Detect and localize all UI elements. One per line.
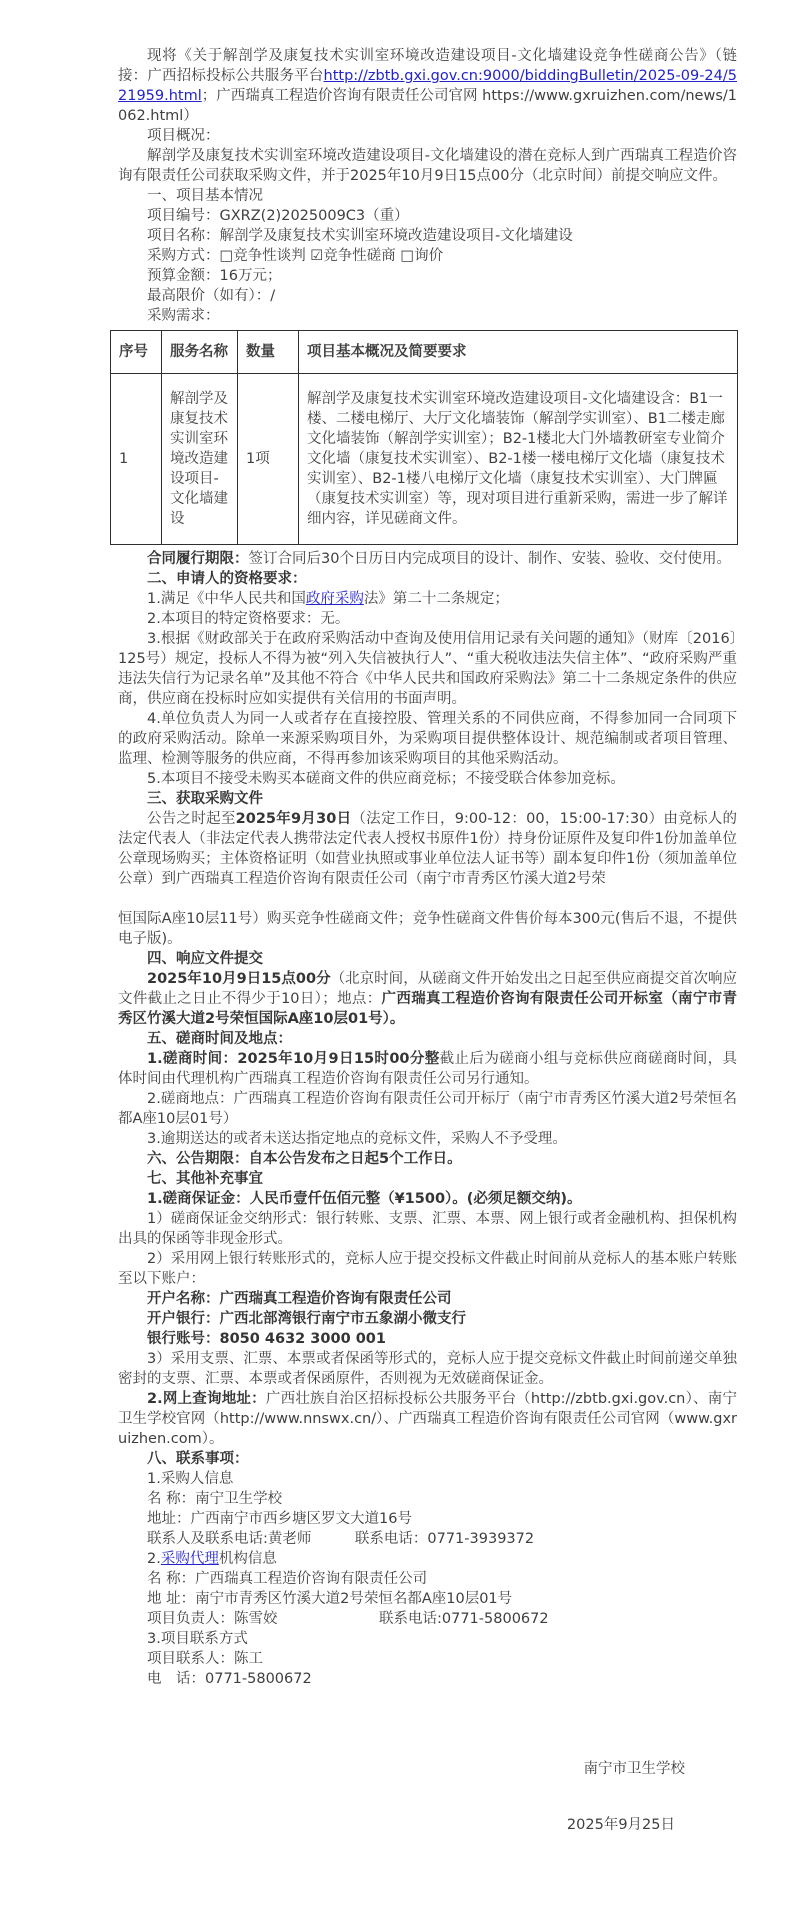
project-contact-person-text: 项目联系人：陈工	[147, 1651, 263, 1667]
section1-heading: 一、项目基本情况	[118, 186, 737, 206]
account-name: 开户名称：广西瑞真工程造价咨询有限责任公司	[118, 1289, 737, 1309]
table-header-row: 序号服务名称数量项目基本概况及简要要求	[111, 331, 738, 374]
section4-heading: 四、响应文件提交	[118, 949, 737, 969]
deposit-form-2-text: 2）采用网上银行转账形式的，竞标人应于提交投标文件截止时间前从竞标人的基本账户转…	[118, 1251, 737, 1287]
purchaser-info-label-text: 1.采购人信息	[147, 1471, 233, 1487]
qualification-1-text: 1.满足《中华人民共和国	[147, 591, 306, 607]
table-header-2: 数量	[238, 331, 299, 374]
contract-period: 合同履行期限：签订合同后30个日历日内完成项目的设计、制作、安装、验收、交付使用…	[118, 549, 737, 569]
deposit-form-3-text: 3）采用支票、汇票、本票或者保函等形式的，竞标人应于提交竞标文件截止时间前递交单…	[118, 1351, 737, 1387]
qualification-3-text: 3.根据《财政部关于在政府采购活动中查询及使用信用记录有关问题的通知》（财库〔2…	[118, 631, 737, 707]
max-price: 最高限价（如有）：/	[118, 286, 737, 306]
account-bank: 开户银行：广西北部湾银行南宁市五象湖小微支行	[118, 1309, 737, 1329]
project-name-text: 项目名称：解剖学及康复技术实训室环境改造建设项目-文化墙建设	[147, 228, 573, 244]
consultation-place: 2.磋商地点：广西瑞真工程造价咨询有限责任公司开标厅（南宁市青秀区竹溪大道2号荣…	[118, 1089, 737, 1129]
agency-info-label-text: 机构信息	[219, 1551, 277, 1567]
qualification-5: 5.本项目不接受未购买本磋商文件的供应商竞标；不接受联合体参加竞标。	[118, 769, 737, 789]
section2-heading: 二、申请人的资格要求：	[118, 569, 737, 589]
account-number-emphasis: 银行账号：8050 4632 3000 001	[147, 1331, 386, 1347]
deposit-form-2: 2）采用网上银行转账形式的，竞标人应于提交投标文件截止时间前从竞标人的基本账户转…	[118, 1249, 737, 1289]
agency-info-label: 2.采购代理机构信息	[118, 1549, 737, 1569]
agency-manager-text: 项目负责人：陈雪姣 联系电话:0771-5800672	[147, 1611, 549, 1627]
consultation-time-emphasis: 2025年10月9日15时00分整	[237, 1051, 439, 1067]
section6-heading: 六、公告期限：自本公告发布之日起5个工作日。	[118, 1149, 737, 1169]
qualification-1-text: 法》第二十二条规定；	[364, 591, 509, 607]
project-contact-label: 3.项目联系方式	[118, 1629, 737, 1649]
project-overview-text-text: 解剖学及康复技术实训室环境改造建设项目-文化墙建设的潜在竞标人到广西瑞真工程造价…	[118, 148, 737, 184]
procurement-announcement-document: 现将《关于解剖学及康复技术实训室环境改造建设项目-文化墙建设竞争性磋商公告》（链…	[0, 0, 794, 1919]
max-price-text: 最高限价（如有）：/	[147, 288, 275, 304]
table-header-3: 项目基本概况及简要要求	[299, 331, 738, 374]
project-overview-label: 项目概况：	[118, 126, 737, 146]
cell-serial: 1	[111, 374, 162, 545]
consultation-time: 1.磋商时间：2025年10月9日15时00分整截止后为磋商小组与竞标供应商磋商…	[118, 1049, 737, 1089]
section7-heading: 七、其他补充事宜	[118, 1169, 737, 1189]
section1-heading-text: 一、项目基本情况	[147, 188, 263, 204]
agency-manager: 项目负责人：陈雪姣 联系电话:0771-5800672	[118, 1609, 737, 1629]
purchaser-name: 名 称：南宁卫生学校	[118, 1489, 737, 1509]
deposit-form-1-text: 1）磋商保证金交纳形式：银行转账、支票、汇票、本票、网上银行或者金融机构、担保机…	[118, 1211, 737, 1247]
consultation-place-text: 2.磋商地点：广西瑞真工程造价咨询有限责任公司开标厅（南宁市青秀区竹溪大道2号荣…	[118, 1091, 737, 1127]
procurement-method-text: 采购方式：□竞争性谈判 ☑竞争性磋商 □询价	[147, 248, 443, 264]
account-number: 银行账号：8050 4632 3000 001	[118, 1329, 737, 1349]
project-overview-text: 解剖学及康复技术实训室环境改造建设项目-文化墙建设的潜在竞标人到广西瑞真工程造价…	[118, 146, 737, 186]
section8-heading-emphasis: 八、联系事项：	[147, 1451, 249, 1467]
agency-name: 名 称：广西瑞真工程造价咨询有限责任公司	[118, 1569, 737, 1589]
qualification-4-text: 4.单位负责人为同一人或者存在直接控股、管理关系的不同供应商，不得参加同一合同项…	[118, 711, 737, 767]
signature-date-text: 2025年9月25日	[567, 1817, 675, 1833]
intro-paragraph-text: ；广西瑞真工程造价咨询有限责任公司官网 https://www.gxruizhe…	[118, 88, 737, 124]
qualification-3: 3.根据《财政部关于在政府采购活动中查询及使用信用记录有关问题的通知》（财库〔2…	[118, 629, 737, 709]
online-query-address-emphasis: 2.网上查询地址：	[147, 1391, 266, 1407]
intro-paragraph: 现将《关于解剖学及康复技术实训室环境改造建设项目-文化墙建设竞争性磋商公告》（链…	[118, 46, 737, 126]
purchaser-contact: 联系人及联系电话:黄老师 联系电话：0771-3939372	[118, 1529, 737, 1549]
section2-heading-emphasis: 二、申请人的资格要求：	[147, 571, 307, 587]
doc-acquisition-paragraph: 公告之时起至2025年9月30日（法定工作日，9:00-12：00，15:00-…	[118, 809, 737, 889]
consultation-time-emphasis: 1.磋商时间：	[147, 1051, 237, 1067]
signature-date: 2025年9月25日	[118, 1815, 737, 1835]
budget-amount-text: 预算金额：16万元；	[147, 268, 281, 284]
cell-description: 解剖学及康复技术实训室环境改造建设项目-文化墙建设含：B1一楼、二楼电梯厅、大厅…	[299, 374, 738, 545]
procurement-requirements-table: 序号服务名称数量项目基本概况及简要要求1解剖学及康复技术实训室环境改造建设项目-…	[110, 330, 738, 545]
budget-amount: 预算金额：16万元；	[118, 266, 737, 286]
section5-heading: 五、磋商时间及地点：	[118, 1029, 737, 1049]
qualification-1: 1.满足《中华人民共和国政府采购法》第二十二条规定；	[118, 589, 737, 609]
submission-paragraph-emphasis: 2025年10月9日15点00分	[147, 971, 331, 987]
purchaser-contact-text: 联系人及联系电话:黄老师 联系电话：0771-3939372	[147, 1531, 534, 1547]
qualification-2: 2.本项目的特定资格要求：无。	[118, 609, 737, 629]
deposit-amount-emphasis: 1.磋商保证金：人民币壹仟伍佰元整（¥1500）。(必须足额交纳)。	[147, 1191, 582, 1207]
project-contact-label-text: 3.项目联系方式	[147, 1631, 248, 1647]
project-overview-label-text: 项目概况：	[147, 128, 220, 144]
agency-address: 地 址：南宁市青秀区竹溪大道2号荣恒名都A座10层01号	[118, 1589, 737, 1609]
section3-heading: 三、获取采购文件	[118, 789, 737, 809]
purchaser-name-text: 名 称：南宁卫生学校	[147, 1491, 282, 1507]
blank-line	[118, 889, 737, 909]
deposit-form-1: 1）磋商保证金交纳形式：银行转账、支票、汇票、本票、网上银行或者金融机构、担保机…	[118, 1209, 737, 1249]
project-number: 项目编号：GXRZ(2)2025009C3（重）	[118, 206, 737, 226]
section7-heading-emphasis: 七、其他补充事宜	[147, 1171, 263, 1187]
doc-acquisition-paragraph-text: 公告之时起至	[147, 811, 236, 827]
account-bank-emphasis: 开户银行：广西北部湾银行南宁市五象湖小微支行	[147, 1311, 466, 1327]
requirement-label-text: 采购需求：	[147, 308, 220, 324]
purchaser-info-label: 1.采购人信息	[118, 1469, 737, 1489]
section3-heading-emphasis: 三、获取采购文件	[147, 791, 263, 807]
table-row: 1解剖学及康复技术实训室环境改造建设项目-文化墙建设1项解剖学及康复技术实训室环…	[111, 374, 738, 545]
procurement-method: 采购方式：□竞争性谈判 ☑竞争性磋商 □询价	[118, 246, 737, 266]
deposit-amount: 1.磋商保证金：人民币壹仟伍佰元整（¥1500）。(必须足额交纳)。	[118, 1189, 737, 1209]
contract-period-text: 签订合同后30个日历日内完成项目的设计、制作、安装、验收、交付使用。	[249, 551, 731, 567]
signature-organization: 南宁市卫生学校	[118, 1759, 737, 1779]
project-name: 项目名称：解剖学及康复技术实训室环境改造建设项目-文化墙建设	[118, 226, 737, 246]
cell-service-name: 解剖学及康复技术实训室环境改造建设项目-文化墙建设	[162, 374, 238, 545]
qualification-5-text: 5.本项目不接受未购买本磋商文件的供应商竞标；不接受联合体参加竞标。	[147, 771, 625, 787]
overdue-note: 3.逾期送达的或者未送达指定地点的竞标文件，采购人不予受理。	[118, 1129, 737, 1149]
submission-paragraph: 2025年10月9日15点00分（北京时间，从磋商文件开始发出之日起至供应商提交…	[118, 969, 737, 1029]
project-contact-phone: 电 话：0771-5800672	[118, 1669, 737, 1689]
signature-spacer	[118, 1689, 737, 1759]
doc-acquisition-continued-text: 恒国际A座10层11号）购买竞争性磋商文件；竞争性磋商文件售价每本300元(售后…	[118, 911, 737, 947]
table-header-0: 序号	[111, 331, 162, 374]
overdue-note-text: 3.逾期送达的或者未送达指定地点的竞标文件，采购人不予受理。	[147, 1131, 567, 1147]
qualification-4: 4.单位负责人为同一人或者存在直接控股、管理关系的不同供应商，不得参加同一合同项…	[118, 709, 737, 769]
procurement-agency-link[interactable]: 采购代理	[161, 1551, 219, 1567]
agency-address-text: 地 址：南宁市青秀区竹溪大道2号荣恒名都A座10层01号	[147, 1591, 512, 1607]
purchaser-address-text: 地址：广西南宁市西乡塘区罗文大道16号	[147, 1511, 412, 1527]
project-contact-person: 项目联系人：陈工	[118, 1649, 737, 1669]
doc-acquisition-paragraph-emphasis: 2025年9月30日	[236, 811, 352, 827]
document-body: 现将《关于解剖学及康复技术实训室环境改造建设项目-文化墙建设竞争性磋商公告》（链…	[118, 46, 737, 1835]
online-query-address: 2.网上查询地址：广西壮族自治区招标投标公共服务平台（http://zbtb.g…	[118, 1389, 737, 1449]
gov-procurement-link[interactable]: 政府采购	[306, 591, 364, 607]
deposit-form-3: 3）采用支票、汇票、本票或者保函等形式的，竞标人应于提交竞标文件截止时间前递交单…	[118, 1349, 737, 1389]
table-header-1: 服务名称	[162, 331, 238, 374]
project-number-text: 项目编号：GXRZ(2)2025009C3（重）	[147, 208, 409, 224]
account-name-emphasis: 开户名称：广西瑞真工程造价咨询有限责任公司	[147, 1291, 452, 1307]
section6-heading-emphasis: 六、公告期限：自本公告发布之日起5个工作日。	[147, 1151, 462, 1167]
signature-organization-text: 南宁市卫生学校	[584, 1761, 686, 1777]
date-spacer	[118, 1779, 737, 1815]
doc-acquisition-continued: 恒国际A座10层11号）购买竞争性磋商文件；竞争性磋商文件售价每本300元(售后…	[118, 909, 737, 949]
project-contact-phone-text: 电 话：0771-5800672	[147, 1671, 312, 1687]
requirement-label: 采购需求：	[118, 306, 737, 326]
cell-quantity: 1项	[238, 374, 299, 545]
qualification-2-text: 2.本项目的特定资格要求：无。	[147, 611, 349, 627]
section4-heading-emphasis: 四、响应文件提交	[147, 951, 263, 967]
section5-heading-emphasis: 五、磋商时间及地点：	[147, 1031, 292, 1047]
agency-name-text: 名 称：广西瑞真工程造价咨询有限责任公司	[147, 1571, 427, 1587]
agency-info-label-text: 2.	[147, 1551, 161, 1567]
purchaser-address: 地址：广西南宁市西乡塘区罗文大道16号	[118, 1509, 737, 1529]
contract-period-emphasis: 合同履行期限：	[147, 551, 249, 567]
section8-heading: 八、联系事项：	[118, 1449, 737, 1469]
